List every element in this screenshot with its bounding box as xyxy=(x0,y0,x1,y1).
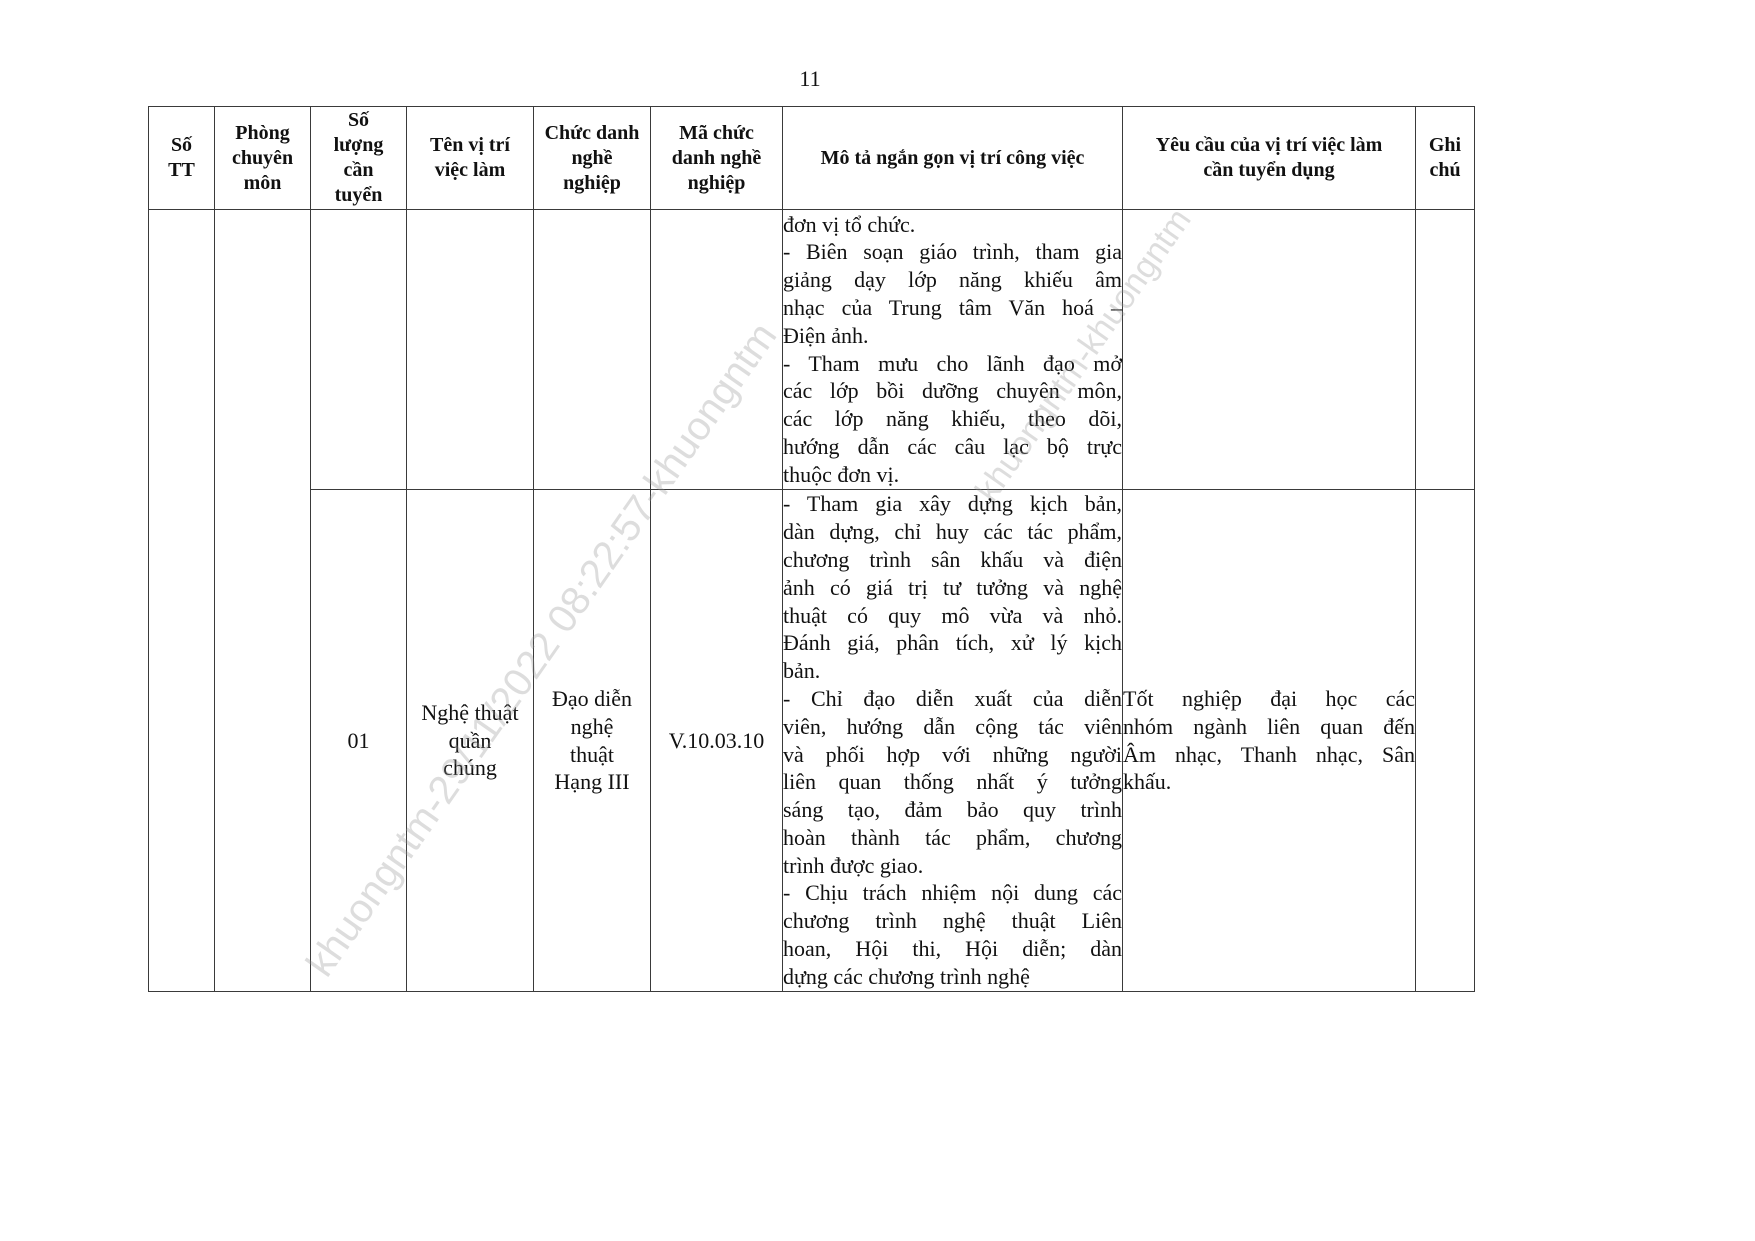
text-line: - Biên soạn giáo trình, tham gia xyxy=(783,238,1122,266)
cell-text-line: TT xyxy=(149,158,214,183)
text-line: bản. xyxy=(783,657,1122,685)
cell-text-line: nghiệp xyxy=(651,171,782,196)
cell-text-line: môn xyxy=(215,171,310,196)
text-line: trình được giao. xyxy=(783,852,1122,880)
text-line: Điện ảnh. xyxy=(783,322,1122,350)
cell-mo-ta: đơn vị tổ chức.- Biên soạn giáo trình, t… xyxy=(783,210,1123,490)
header-ten-vi-tri: Tên vị tríviệc làm xyxy=(407,107,534,210)
cell-so-luong: 01 xyxy=(311,490,407,992)
cell-text-line: tuyển xyxy=(311,183,406,208)
cell-ghi-chu xyxy=(1416,490,1475,992)
header-so-luong: Sốlượngcầntuyển xyxy=(311,107,407,210)
text-line: - Chịu trách nhiệm nội dung các xyxy=(783,879,1122,907)
text-line: chương trình sân khấu và điện xyxy=(783,546,1122,574)
header-ma-chuc-danh: Mã chứcdanh nghềnghiệp xyxy=(651,107,783,210)
text-line: - Tham mưu cho lãnh đạo mở xyxy=(783,350,1122,378)
table-header-row: SốTT Phòngchuyênmôn Sốlượngcầntuyển Tên … xyxy=(149,107,1475,210)
cell-chuc-danh xyxy=(534,210,651,490)
header-stt: SốTT xyxy=(149,107,215,210)
cell-text-line: Tên vị trí xyxy=(407,133,533,158)
text-line: và phối hợp với những người xyxy=(783,741,1122,769)
page-number: 11 xyxy=(0,66,1620,92)
header-yeu-cau: Yêu cầu của vị trí việc làmcần tuyển dụn… xyxy=(1123,107,1416,210)
text-line: ảnh có giá trị tư tưởng và nghệ xyxy=(783,574,1122,602)
text-line: hoan, Hội thi, Hội diễn; dàn xyxy=(783,935,1122,963)
cell-phong xyxy=(215,210,311,992)
text-line: chương trình nghệ thuật Liên xyxy=(783,907,1122,935)
cell-ten-vi-tri: Nghệ thuậtquầnchúng xyxy=(407,490,534,992)
cell-yeu-cau: Tốt nghiệp đại học cácnhóm ngành liên qu… xyxy=(1123,490,1416,992)
cell-text-line: thuật xyxy=(534,741,650,769)
text-line: sáng tạo, đảm bảo quy trình xyxy=(783,796,1122,824)
text-line: các lớp bồi dưỡng chuyên môn, xyxy=(783,377,1122,405)
cell-ma-chuc-danh: V.10.03.10 xyxy=(651,490,783,992)
text-line: - Chỉ đạo diễn xuất của diễn xyxy=(783,685,1122,713)
cell-ten-vi-tri xyxy=(407,210,534,490)
text-line: nhóm ngành liên quan đến xyxy=(1123,713,1415,741)
cell-text-line: cần xyxy=(311,158,406,183)
cell-text-line: Nghệ thuật xyxy=(407,699,533,727)
cell-ghi-chu xyxy=(1416,210,1475,490)
cell-text-line: quần xyxy=(407,727,533,755)
cell-text-line: Chức danh xyxy=(534,121,650,146)
text-line: dàn dựng, chỉ huy các tác phẩm, xyxy=(783,518,1122,546)
cell-text-line: Mô tả ngắn gọn vị trí công việc xyxy=(783,146,1122,171)
cell-text-line: lượng xyxy=(311,133,406,158)
cell-text-line: chú xyxy=(1416,158,1474,183)
cell-text-line: Yêu cầu của vị trí việc làm xyxy=(1123,133,1415,158)
text-line: giảng dạy lớp năng khiếu âm xyxy=(783,266,1122,294)
text-line: các lớp năng khiếu, theo dõi, xyxy=(783,405,1122,433)
header-chuc-danh: Chức danhnghềnghiệp xyxy=(534,107,651,210)
cell-text-line: nghiệp xyxy=(534,171,650,196)
text-line: Tốt nghiệp đại học các xyxy=(1123,685,1415,713)
cell-text-line: danh nghề xyxy=(651,146,782,171)
cell-text-line: Đạo diễn xyxy=(534,685,650,713)
header-phong-chuyen-mon: Phòngchuyênmôn xyxy=(215,107,311,210)
text-line: hoàn thành tác phẩm, chương xyxy=(783,824,1122,852)
text-line: hướng dẫn các câu lạc bộ trực xyxy=(783,433,1122,461)
cell-mo-ta: - Tham gia xây dựng kịch bản,dàn dựng, c… xyxy=(783,490,1123,992)
text-line: liên quan thống nhất ý tưởng xyxy=(783,768,1122,796)
header-ghi-chu: Ghichú xyxy=(1416,107,1475,210)
cell-text-line: việc làm xyxy=(407,158,533,183)
cell-text-line: Phòng xyxy=(215,121,310,146)
cell-text-line: nghề xyxy=(534,146,650,171)
text-line: khấu. xyxy=(1123,768,1415,796)
text-line: viên, hướng dẫn cộng tác viên xyxy=(783,713,1122,741)
cell-ma-chuc-danh xyxy=(651,210,783,490)
text-line: dựng các chương trình nghệ xyxy=(783,963,1122,991)
text-line: đơn vị tổ chức. xyxy=(783,211,1122,239)
text-line: - Tham gia xây dựng kịch bản, xyxy=(783,490,1122,518)
job-positions-table: SốTT Phòngchuyênmôn Sốlượngcầntuyển Tên … xyxy=(148,106,1475,992)
table-row: đơn vị tổ chức.- Biên soạn giáo trình, t… xyxy=(149,210,1475,490)
cell-chuc-danh: Đạo diễnnghệthuậtHạng III xyxy=(534,490,651,992)
cell-text-line: Hạng III xyxy=(534,768,650,796)
cell-text-line: chúng xyxy=(407,754,533,782)
cell-yeu-cau xyxy=(1123,210,1416,490)
cell-text-line: Ghi xyxy=(1416,133,1474,158)
cell-text-line: Số xyxy=(311,108,406,133)
text-line: thuộc đơn vị. xyxy=(783,461,1122,489)
cell-text-line: Mã chức xyxy=(651,121,782,146)
header-mo-ta: Mô tả ngắn gọn vị trí công việc xyxy=(783,107,1123,210)
cell-so-luong xyxy=(311,210,407,490)
cell-text-line: cần tuyển dụng xyxy=(1123,158,1415,183)
cell-stt xyxy=(149,210,215,992)
text-line: nhạc của Trung tâm Văn hoá – xyxy=(783,294,1122,322)
text-line: thuật có quy mô vừa và nhỏ. xyxy=(783,602,1122,630)
cell-text-line: nghệ xyxy=(534,713,650,741)
table-row: 01 Nghệ thuậtquầnchúng Đạo diễnnghệthuật… xyxy=(149,490,1475,992)
text-line: Âm nhạc, Thanh nhạc, Sân xyxy=(1123,741,1415,769)
cell-text-line: chuyên xyxy=(215,146,310,171)
text-line: Đánh giá, phân tích, xử lý kịch xyxy=(783,629,1122,657)
cell-text-line: Số xyxy=(149,133,214,158)
